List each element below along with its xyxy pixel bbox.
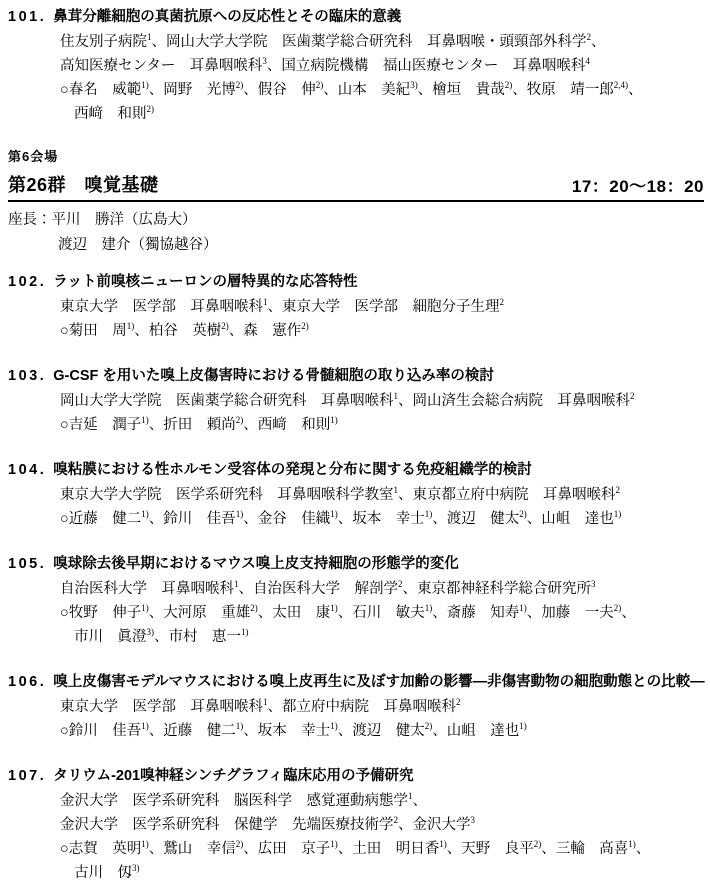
entry-heading: 104.嗅粘膜における性ホルモン受容体の発現と分布に関する免疫組織学的検討	[8, 458, 704, 483]
entry-number: 103.	[8, 364, 46, 389]
entry-heading: 103.G-CSF を用いた嗅上皮傷害時における骨髄細胞の取り込み率の検討	[8, 364, 704, 389]
entry-heading: 107.タリウム-201嗅神経シンチグラフィ臨床応用の予備研究	[8, 764, 704, 789]
entry-title: 嗅球除去後早期におけるマウス嗅上皮支持細胞の形態学的変化	[53, 552, 459, 577]
presentation-entry: 101.鼻茸分離細胞の真菌抗原への反応性とその臨床的意義住友別子病院1、岡山大学…	[8, 5, 704, 126]
entry-title: 嗅粘膜における性ホルモン受容体の発現と分布に関する免疫組織学的検討	[53, 458, 532, 483]
affiliation-line: 東京大学 医学部 耳鼻咽喉科1、都立府中病院 耳鼻咽喉科2	[8, 695, 704, 719]
presentation-entry: 102.ラット前嗅核ニューロンの層特異的な応答特性東京大学 医学部 耳鼻咽喉科1…	[8, 270, 704, 343]
session-group-title: 第26群 嗅覚基礎	[8, 171, 159, 197]
program-page: 101.鼻茸分離細胞の真菌抗原への反応性とその臨床的意義住友別子病院1、岡山大学…	[0, 0, 710, 887]
entry-title: G-CSF を用いた嗅上皮傷害時における骨髄細胞の取り込み率の検討	[53, 364, 494, 389]
entry-number: 106.	[8, 670, 46, 695]
author-line: ○吉延 潤子1)、折田 頼尚2)、西﨑 和則1)	[8, 413, 704, 437]
chair-line: 座長：平川 勝洋（広島大）	[8, 208, 704, 233]
author-line: ○鈴川 佳吾1)、近藤 健二1)、坂本 幸士1)、渡辺 健太2)、山岨 達也1)	[8, 719, 704, 743]
presentation-entry: 106.嗅上皮傷害モデルマウスにおける嗅上皮再生に及ぼす加齢の影響―非傷害動物の…	[8, 670, 704, 743]
author-line: ○菊田 周1)、柏谷 英樹2)、森 憲作2)	[8, 319, 704, 343]
session-title-row: 第26群 嗅覚基礎17：20～18：20	[8, 171, 704, 202]
entry-number: 101.	[8, 5, 46, 30]
session-header: 第6会場第26群 嗅覚基礎17：20～18：20座長：平川 勝洋（広島大）渡辺 …	[8, 147, 704, 258]
entry-number: 107.	[8, 764, 46, 789]
chairs-block: 座長：平川 勝洋（広島大）渡辺 建介（獨協越谷）	[8, 208, 704, 258]
venue-label: 第6会場	[8, 147, 704, 167]
chair-line: 渡辺 建介（獨協越谷）	[8, 233, 704, 258]
entry-heading: 105.嗅球除去後早期におけるマウス嗅上皮支持細胞の形態学的変化	[8, 552, 704, 577]
presentation-entry: 107.タリウム-201嗅神経シンチグラフィ臨床応用の予備研究金沢大学 医学系研…	[8, 764, 704, 885]
affiliation-line: 金沢大学 医学系研究科 保健学 先端医療技術学2、金沢大学3	[8, 813, 704, 837]
entry-number: 104.	[8, 458, 46, 483]
author-line: 西﨑 和則2)	[8, 102, 704, 126]
author-line: ○志賀 英明1)、鷲山 幸信2)、広田 京子1)、土田 明日香1)、天野 良平2…	[8, 837, 704, 861]
entry-heading: 106.嗅上皮傷害モデルマウスにおける嗅上皮再生に及ぼす加齢の影響―非傷害動物の…	[8, 670, 704, 695]
entry-title: 鼻茸分離細胞の真菌抗原への反応性とその臨床的意義	[53, 5, 401, 30]
entry-title: 嗅上皮傷害モデルマウスにおける嗅上皮再生に及ぼす加齢の影響―非傷害動物の細胞動態…	[53, 670, 704, 695]
affiliation-line: 岡山大学大学院 医歯薬学総合研究科 耳鼻咽喉科1、岡山済生会総合病院 耳鼻咽喉科…	[8, 389, 704, 413]
affiliation-line: 高知医療センター 耳鼻咽喉科3、国立病院機構 福山医療センター 耳鼻咽喉科4	[8, 54, 704, 78]
affiliation-line: 自治医科大学 耳鼻咽喉科1、自治医科大学 解剖学2、東京都神経科学総合研究所3	[8, 577, 704, 601]
author-line: ○牧野 伸子1)、大河原 重雄2)、太田 康1)、石川 敏夫1)、斎藤 知寿1)…	[8, 601, 704, 625]
author-line: ○春名 威範1)、岡野 光博2)、假谷 伸2)、山本 美紀3)、檜垣 貴哉2)、…	[8, 78, 704, 102]
entry-title: タリウム-201嗅神経シンチグラフィ臨床応用の予備研究	[53, 764, 413, 789]
author-line: 市川 眞澄3)、市村 恵一1)	[8, 625, 704, 649]
affiliation-line: 住友別子病院1、岡山大学大学院 医歯薬学総合研究科 耳鼻咽喉・頭頸部外科学2、	[8, 30, 704, 54]
entry-heading: 101.鼻茸分離細胞の真菌抗原への反応性とその臨床的意義	[8, 5, 704, 30]
presentation-entry: 103.G-CSF を用いた嗅上皮傷害時における骨髄細胞の取り込み率の検討岡山大…	[8, 364, 704, 437]
presentation-entry: 105.嗅球除去後早期におけるマウス嗅上皮支持細胞の形態学的変化自治医科大学 耳…	[8, 552, 704, 649]
affiliation-line: 金沢大学 医学系研究科 脳医科学 感覚運動病態学1、	[8, 789, 704, 813]
affiliation-line: 東京大学 医学部 耳鼻咽喉科1、東京大学 医学部 細胞分子生理2	[8, 295, 704, 319]
presentation-entry: 104.嗅粘膜における性ホルモン受容体の発現と分布に関する免疫組織学的検討東京大…	[8, 458, 704, 531]
entry-number: 102.	[8, 270, 46, 295]
session-time: 17：20～18：20	[572, 172, 704, 197]
author-line: 古川 仭3)	[8, 861, 704, 885]
entry-heading: 102.ラット前嗅核ニューロンの層特異的な応答特性	[8, 270, 704, 295]
entry-title: ラット前嗅核ニューロンの層特異的な応答特性	[53, 270, 357, 295]
entry-number: 105.	[8, 552, 46, 577]
author-line: ○近藤 健二1)、鈴川 佳吾1)、金谷 佳織1)、坂本 幸士1)、渡辺 健太2)…	[8, 507, 704, 531]
affiliation-line: 東京大学大学院 医学系研究科 耳鼻咽喉科学教室1、東京都立府中病院 耳鼻咽喉科2	[8, 483, 704, 507]
